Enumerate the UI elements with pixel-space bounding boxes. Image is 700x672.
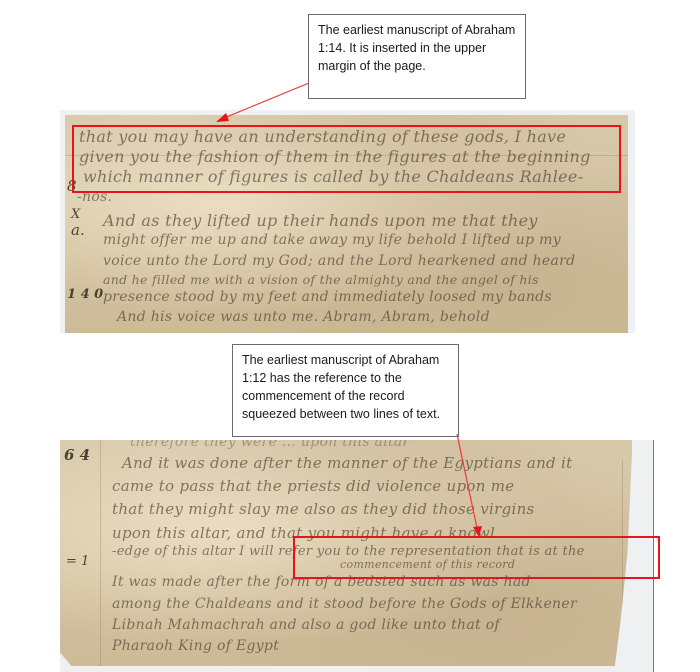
manuscript-line: voice unto the Lord my God; and the Lord… (65, 253, 628, 269)
highlight-box-abraham-1-14 (72, 125, 621, 193)
manuscript-line: presence stood by my feet and immediatel… (65, 289, 628, 305)
manuscript-line: came to pass that the priests did violen… (60, 477, 632, 495)
callout-text: The earliest manuscript of Abraham 1:12 … (242, 353, 440, 421)
manuscript-line: And as they lifted up their hands upon m… (65, 211, 628, 230)
callout-abraham-1-14: The earliest manuscript of Abraham 1:14.… (308, 14, 526, 99)
manuscript-line: And his voice was unto me. Abram, Abram,… (65, 309, 628, 325)
manuscript-line: therefore they were ... upon this altar (60, 440, 632, 450)
manuscript-line: that they might slay me also as they did… (60, 500, 632, 518)
highlight-box-abraham-1-12 (293, 536, 660, 579)
manuscript-line: and he filled me with a vision of the al… (65, 272, 628, 287)
manuscript-line: Pharaoh King of Egypt (60, 638, 632, 654)
manuscript-line: And it was done after the manner of the … (60, 454, 632, 472)
callout-text: The earliest manuscript of Abraham 1:14.… (318, 23, 515, 73)
manuscript-line: might offer me up and take away my life … (65, 232, 628, 248)
callout-abraham-1-12: The earliest manuscript of Abraham 1:12 … (232, 344, 459, 437)
manuscript-line: among the Chaldeans and it stood before … (60, 596, 632, 612)
manuscript-line: Libnah Mahmachrah and also a god like un… (60, 617, 632, 633)
